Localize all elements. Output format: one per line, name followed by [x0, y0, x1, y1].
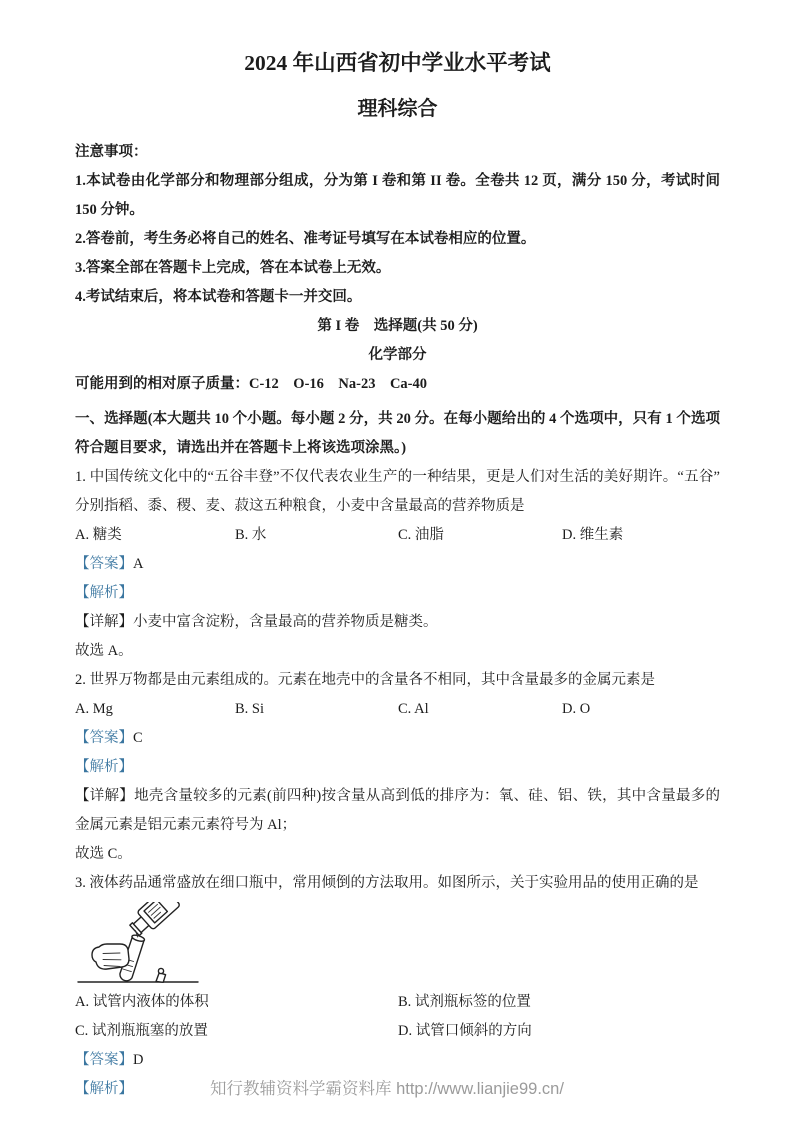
question-1-analysis-line: 【解析】 [75, 579, 720, 608]
reagent-bottle-icon [123, 902, 181, 939]
option-a: A. 糖类 [75, 521, 235, 550]
question-2-conclusion: 故选 C。 [75, 840, 720, 869]
question-1-answer-line: 【答案】A [75, 550, 720, 579]
question-3-stem: 3. 液体药品通常盛放在细口瓶中，常用倾倒的方法取用。如图所示，关于实验用品的使… [75, 869, 720, 898]
question-1-detail-line: 【详解】小麦中富含淀粉，含量最高的营养物质是糖类。 [75, 608, 720, 637]
part-heading: 化学部分 [75, 341, 720, 370]
option-d: D. 维生素 [562, 521, 720, 550]
question-1-conclusion: 故选 A。 [75, 637, 720, 666]
answer-value: C [133, 730, 143, 746]
analysis-tag: 【解析】 [75, 1081, 133, 1097]
option-c: C. Al [398, 695, 562, 724]
pouring-liquid-illustration-icon [77, 902, 202, 986]
question-3-answer-line: 【答案】D [75, 1046, 720, 1075]
question-2-stem: 2. 世界万物都是由元素组成的。元素在地壳中的含量各不相同，其中含量最多的金属元… [75, 666, 720, 695]
atomic-mass-line: 可能用到的相对原子质量：C-12 O-16 Na-23 Ca-40 [75, 370, 720, 399]
answer-tag: 【答案】 [75, 1052, 133, 1068]
section-instruction: 一、选择题(本大题共 10 个小题。每小题 2 分，共 20 分。在每小题给出的… [75, 405, 720, 463]
page-subtitle: 理科综合 [75, 93, 720, 126]
answer-tag: 【答案】 [75, 556, 133, 572]
detail-tag: 【详解】 [75, 614, 133, 630]
option-d: D. O [562, 695, 720, 724]
notice-item-1: 1.本试卷由化学部分和物理部分组成，分为第 I 卷和第 II 卷。全卷共 12 … [75, 167, 720, 225]
notice-heading: 注意事项： [75, 138, 720, 167]
question-3-analysis-line: 【解析】 知行教辅资料学霸资料库 http://www.lianjie99.cn… [75, 1075, 720, 1104]
answer-tag: 【答案】 [75, 730, 133, 746]
bottle-stopper-icon [156, 968, 166, 982]
notice-item-2: 2.答卷前，考生务必将自己的姓名、准考证号填写在本试卷相应的位置。 [75, 225, 720, 254]
option-b: B. 试剂瓶标签的位置 [398, 988, 720, 1017]
option-c: C. 油脂 [398, 521, 562, 550]
option-a: A. 试管内液体的体积 [75, 988, 398, 1017]
question-3-options-row-2: C. 试剂瓶瓶塞的放置 D. 试管口倾斜的方向 [75, 1017, 720, 1046]
analysis-tag: 【解析】 [75, 585, 133, 601]
question-3-figure [77, 902, 720, 986]
option-b: B. 水 [235, 521, 398, 550]
question-2-answer-line: 【答案】C [75, 724, 720, 753]
analysis-tag: 【解析】 [75, 759, 133, 775]
exam-paper-page: 2024 年山西省初中学业水平考试 理科综合 注意事项： 1.本试卷由化学部分和… [0, 0, 795, 1125]
question-2-analysis-line: 【解析】 [75, 753, 720, 782]
answer-value: A [133, 556, 143, 572]
question-1-options: A. 糖类 B. 水 C. 油脂 D. 维生素 [75, 521, 720, 550]
question-1-stem: 1. 中国传统文化中的“五谷丰登”不仅代表农业生产的一种结果，更是人们对生活的美… [75, 463, 720, 521]
question-2-detail-line: 【详解】地壳含量较多的元素(前四种)按含量从高到低的排序为：氧、硅、铝、铁，其中… [75, 782, 720, 840]
option-d: D. 试管口倾斜的方向 [398, 1017, 720, 1046]
watermark-text: 知行教辅资料学霸资料库 http://www.lianjie99.cn/ [210, 1075, 564, 1104]
question-3-options-row-1: A. 试管内液体的体积 B. 试剂瓶标签的位置 [75, 988, 720, 1017]
notice-item-4: 4.考试结束后，将本试卷和答题卡一并交回。 [75, 283, 720, 312]
question-2-options: A. Mg B. Si C. Al D. O [75, 695, 720, 724]
left-hand-icon [92, 944, 129, 969]
volume-heading: 第 I 卷 选择题(共 50 分) [75, 312, 720, 341]
page-title: 2024 年山西省初中学业水平考试 [75, 47, 720, 80]
option-c: C. 试剂瓶瓶塞的放置 [75, 1017, 398, 1046]
notice-item-3: 3.答案全部在答题卡上完成，答在本试卷上无效。 [75, 254, 720, 283]
option-b: B. Si [235, 695, 398, 724]
option-a: A. Mg [75, 695, 235, 724]
detail-text: 小麦中富含淀粉，含量最高的营养物质是糖类。 [133, 614, 438, 630]
answer-value: D [133, 1052, 143, 1068]
